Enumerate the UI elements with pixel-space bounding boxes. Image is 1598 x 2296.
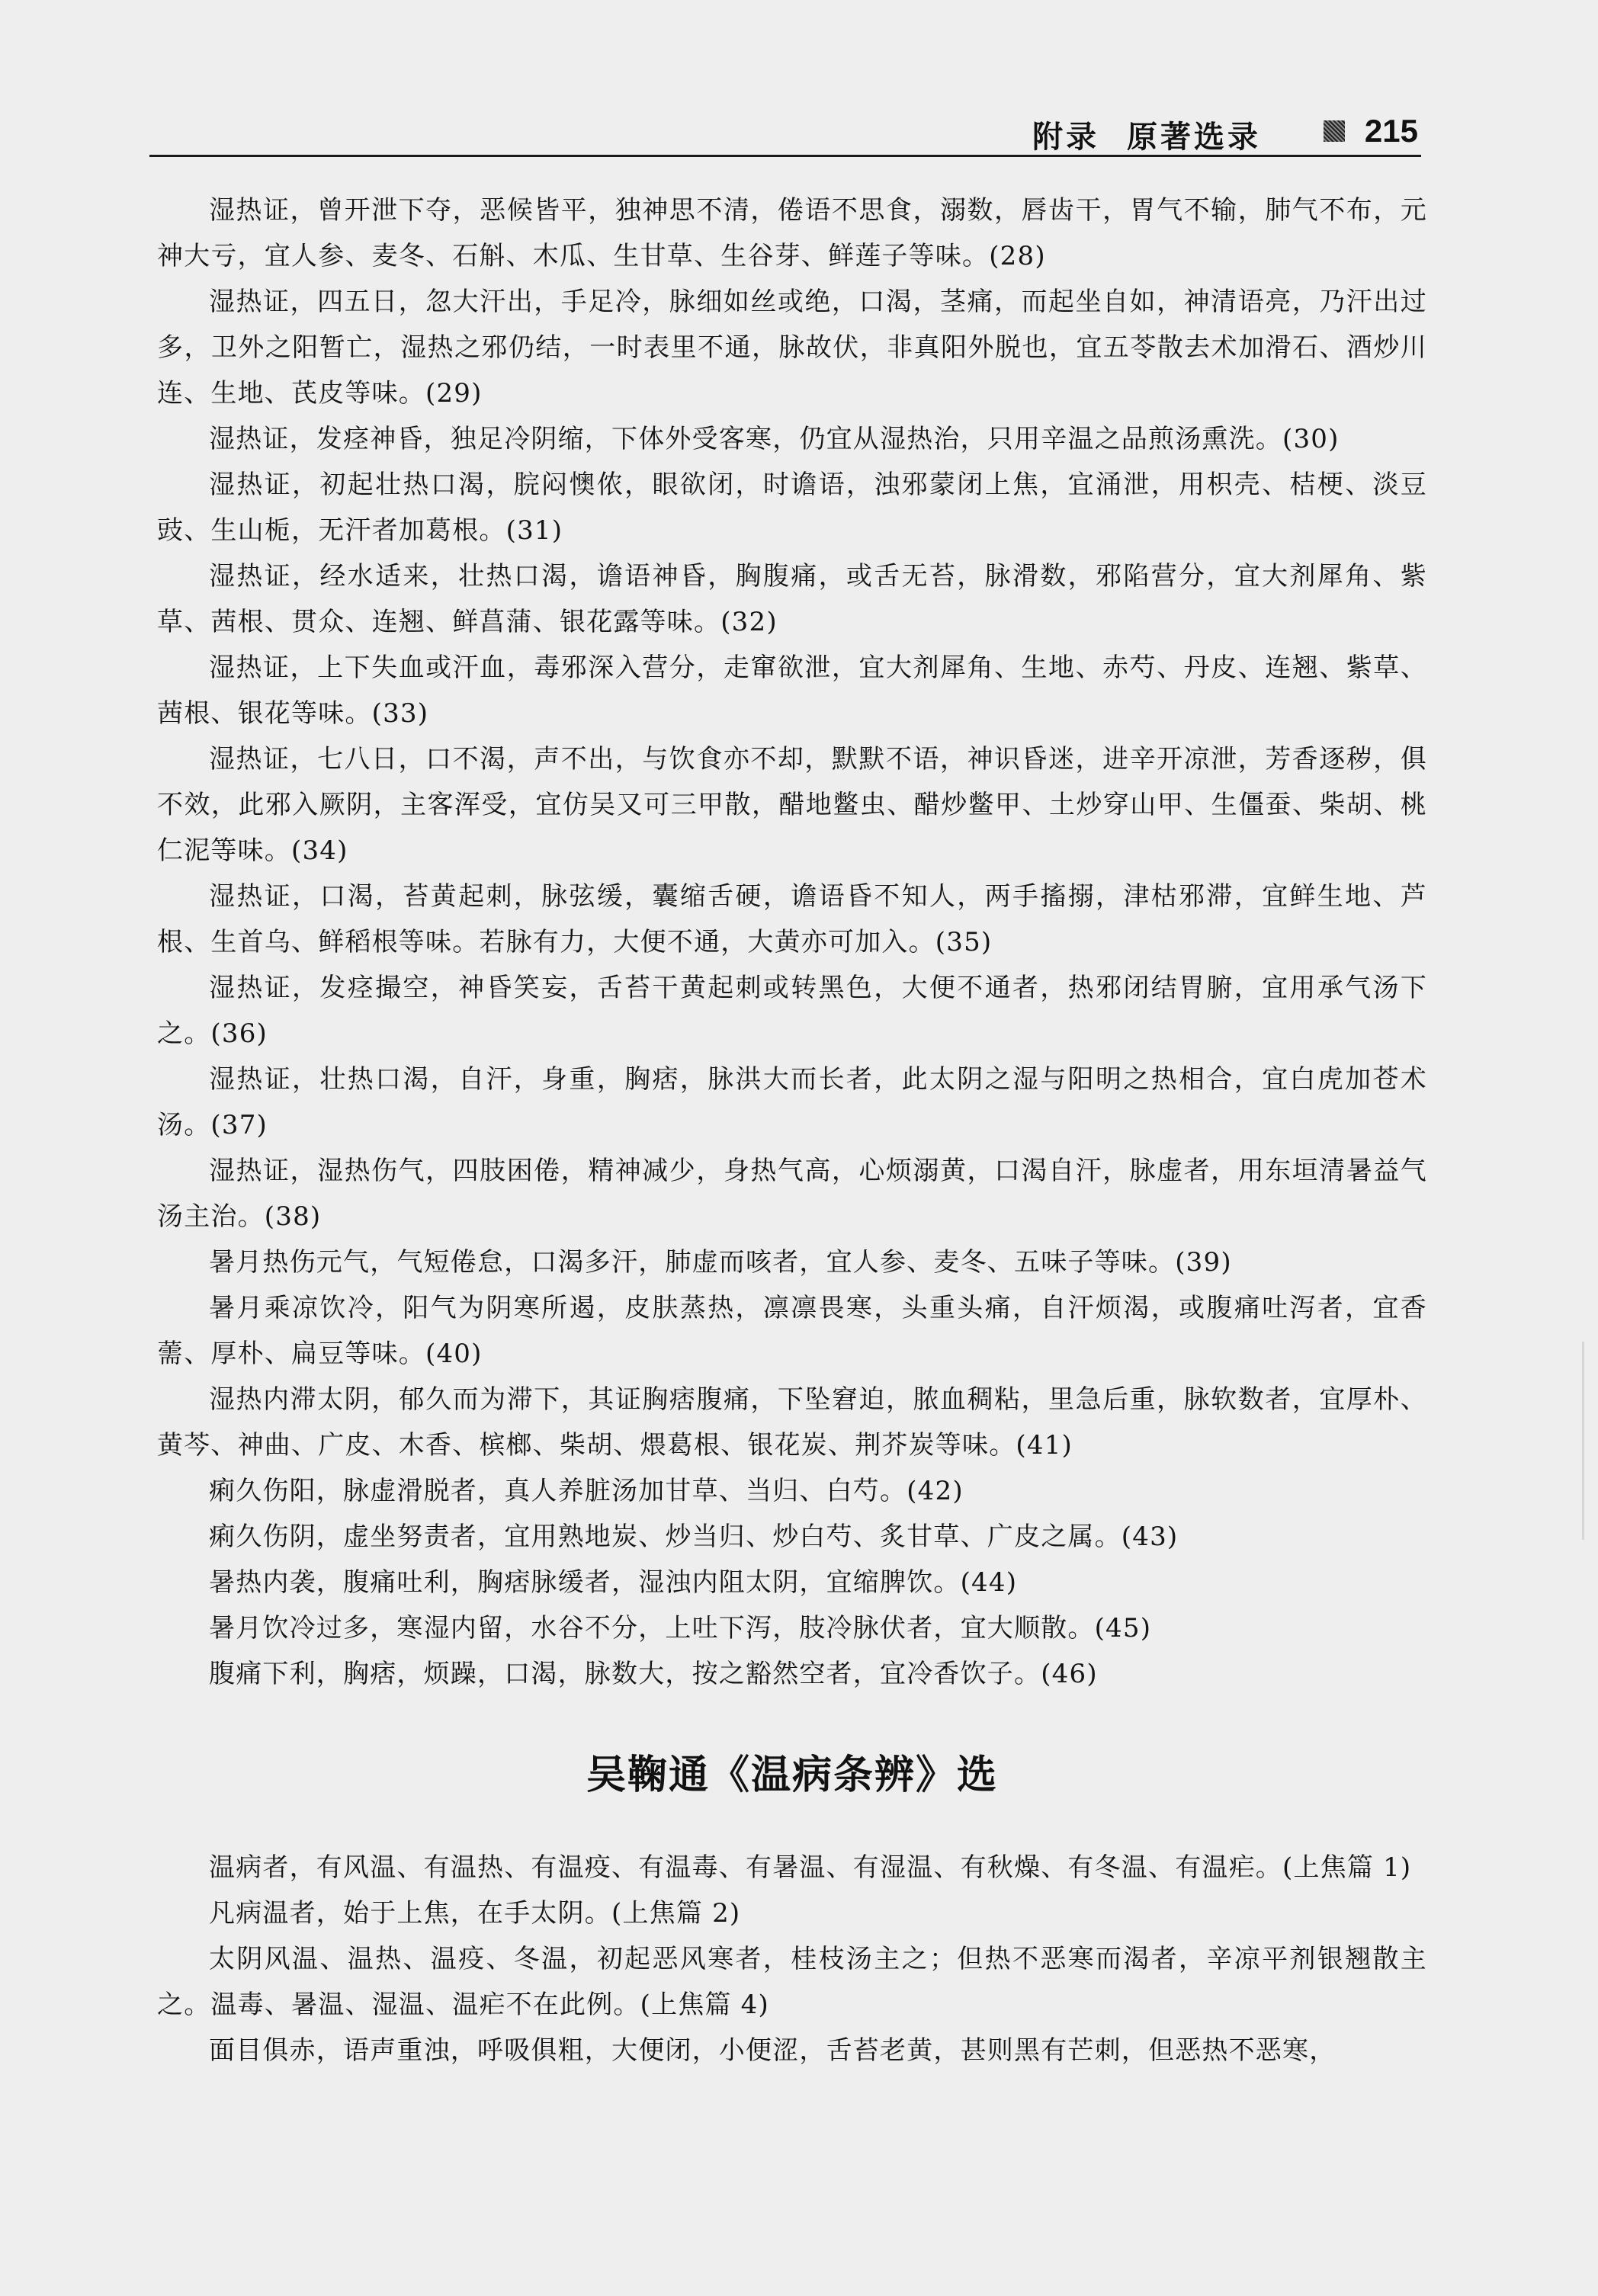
paragraph-31: 湿热证，初起壮热口渴，脘闷懊侬，眼欲闭，时谵语，浊邪蒙闭上焦，宜涌泄，用枳壳、桔… [157, 462, 1427, 553]
paragraph-38: 湿热证，湿热伤气，四肢困倦，精神减少，身热气高，心烦溺黄，口渴自汗，脉虚者，用东… [157, 1148, 1427, 1239]
paragraph-33: 湿热证，上下失血或汗血，毒邪深入营分，走窜欲泄，宜大剂犀角、生地、赤芍、丹皮、连… [157, 645, 1427, 736]
paragraph-43: 痢久伤阴，虚坐努责者，宜用熟地炭、炒当归、炒白芍、炙甘草、广皮之属。(43) [157, 1514, 1427, 1560]
paragraph-shangjiao-1: 温病者，有风温、有温热、有温疫、有温毒、有暑温、有湿温、有秋燥、有冬温、有温疟。… [157, 1845, 1427, 1890]
paragraph-30: 湿热证，发痉神昏，独足冷阴缩，下体外受客寒，仍宜从湿热治，只用辛温之品煎汤熏洗。… [157, 416, 1427, 462]
section-wen-bing-tiao-bian: 温病者，有风温、有温热、有温疫、有温毒、有暑温、有湿温、有秋燥、有冬温、有温疟。… [157, 1845, 1427, 2073]
paragraph-44: 暑热内袭，腹痛吐利，胸痞脉缓者，湿浊内阻太阴，宜缩脾饮。(44) [157, 1560, 1427, 1605]
paragraph-42: 痢久伤阳，脉虚滑脱者，真人养脏汤加甘草、当归、白芍。(42) [157, 1468, 1427, 1514]
header-rule [149, 155, 1421, 157]
paragraph-41: 湿热内滞太阴，郁久而为滞下，其证胸痞腹痛，下坠窘迫，脓血稠粘，里急后重，脉软数者… [157, 1377, 1427, 1468]
section-shi-re-lun: 湿热证，曾开泄下夺，恶候皆平，独神思不清，倦语不思食，溺数，唇齿干，胃气不输，肺… [157, 188, 1427, 1697]
paragraph-continued: 面目俱赤，语声重浊，呼吸俱粗，大便闭，小便涩，舌苔老黄，甚则黑有芒刺，但恶热不恶… [157, 2028, 1427, 2073]
paragraph-46: 腹痛下利，胸痞，烦躁，口渴，脉数大，按之豁然空者，宜冷香饮子。(46) [157, 1651, 1427, 1697]
paragraph-29: 湿热证，四五日，忽大汗出，手足冷，脉细如丝或绝，口渴，茎痛，而起坐自如，神清语亮… [157, 279, 1427, 416]
running-header: 附录 原著选录 215 [149, 113, 1421, 152]
page-marker-icon [1324, 120, 1345, 142]
paragraph-shangjiao-2: 凡病温者，始于上焦，在手太阴。(上焦篇 2) [157, 1890, 1427, 1936]
paragraph-35: 湿热证，口渴，苔黄起刺，脉弦缓，囊缩舌硬，谵语昏不知人，两手搐搦，津枯邪滞，宜鲜… [157, 874, 1427, 965]
paragraph-shangjiao-4: 太阴风温、温热、温疫、冬温，初起恶风寒者，桂枝汤主之；但热不恶寒而渴者，辛凉平剂… [157, 1936, 1427, 2028]
paragraph-28: 湿热证，曾开泄下夺，恶候皆平，独神思不清，倦语不思食，溺数，唇齿干，胃气不输，肺… [157, 188, 1427, 279]
paragraph-34: 湿热证，七八日，口不渴，声不出，与饮食亦不却，默默不语，神识昏迷，进辛开凉泄，芳… [157, 736, 1427, 874]
paragraph-40: 暑月乘凉饮冷，阳气为阴寒所遏，皮肤蒸热，凛凛畏寒，头重头痛，自汗烦渴，或腹痛吐泻… [157, 1285, 1427, 1377]
paragraph-37: 湿热证，壮热口渴，自汗，身重，胸痞，脉洪大而长者，此太阴之湿与阳明之热相合，宜白… [157, 1057, 1427, 1148]
page-edge-mark [1582, 1342, 1584, 1540]
paragraph-39: 暑月热伤元气，气短倦怠，口渴多汗，肺虚而咳者，宜人参、麦冬、五味子等味。(39) [157, 1239, 1427, 1285]
paragraph-36: 湿热证，发痉撮空，神昏笑妄，舌苔干黄起刺或转黑色，大便不通者，热邪闭结胃腑，宜用… [157, 965, 1427, 1057]
running-title: 附录 原著选录 [1032, 113, 1261, 156]
paragraph-45: 暑月饮冷过多，寒湿内留，水谷不分，上吐下泻，肢冷脉伏者，宜大顺散。(45) [157, 1605, 1427, 1651]
page-number: 215 [1365, 113, 1418, 149]
paragraph-32: 湿热证，经水适来，壮热口渴，谵语神昏，胸腹痛，或舌无苔，脉滑数，邪陷营分，宜大剂… [157, 553, 1427, 645]
book-page: 附录 原著选录 215 湿热证，曾开泄下夺，恶候皆平，独神思不清，倦语不思食，溺… [0, 0, 1598, 2296]
section-heading: 吴鞠通《温病条辨》选 [157, 1743, 1427, 1800]
